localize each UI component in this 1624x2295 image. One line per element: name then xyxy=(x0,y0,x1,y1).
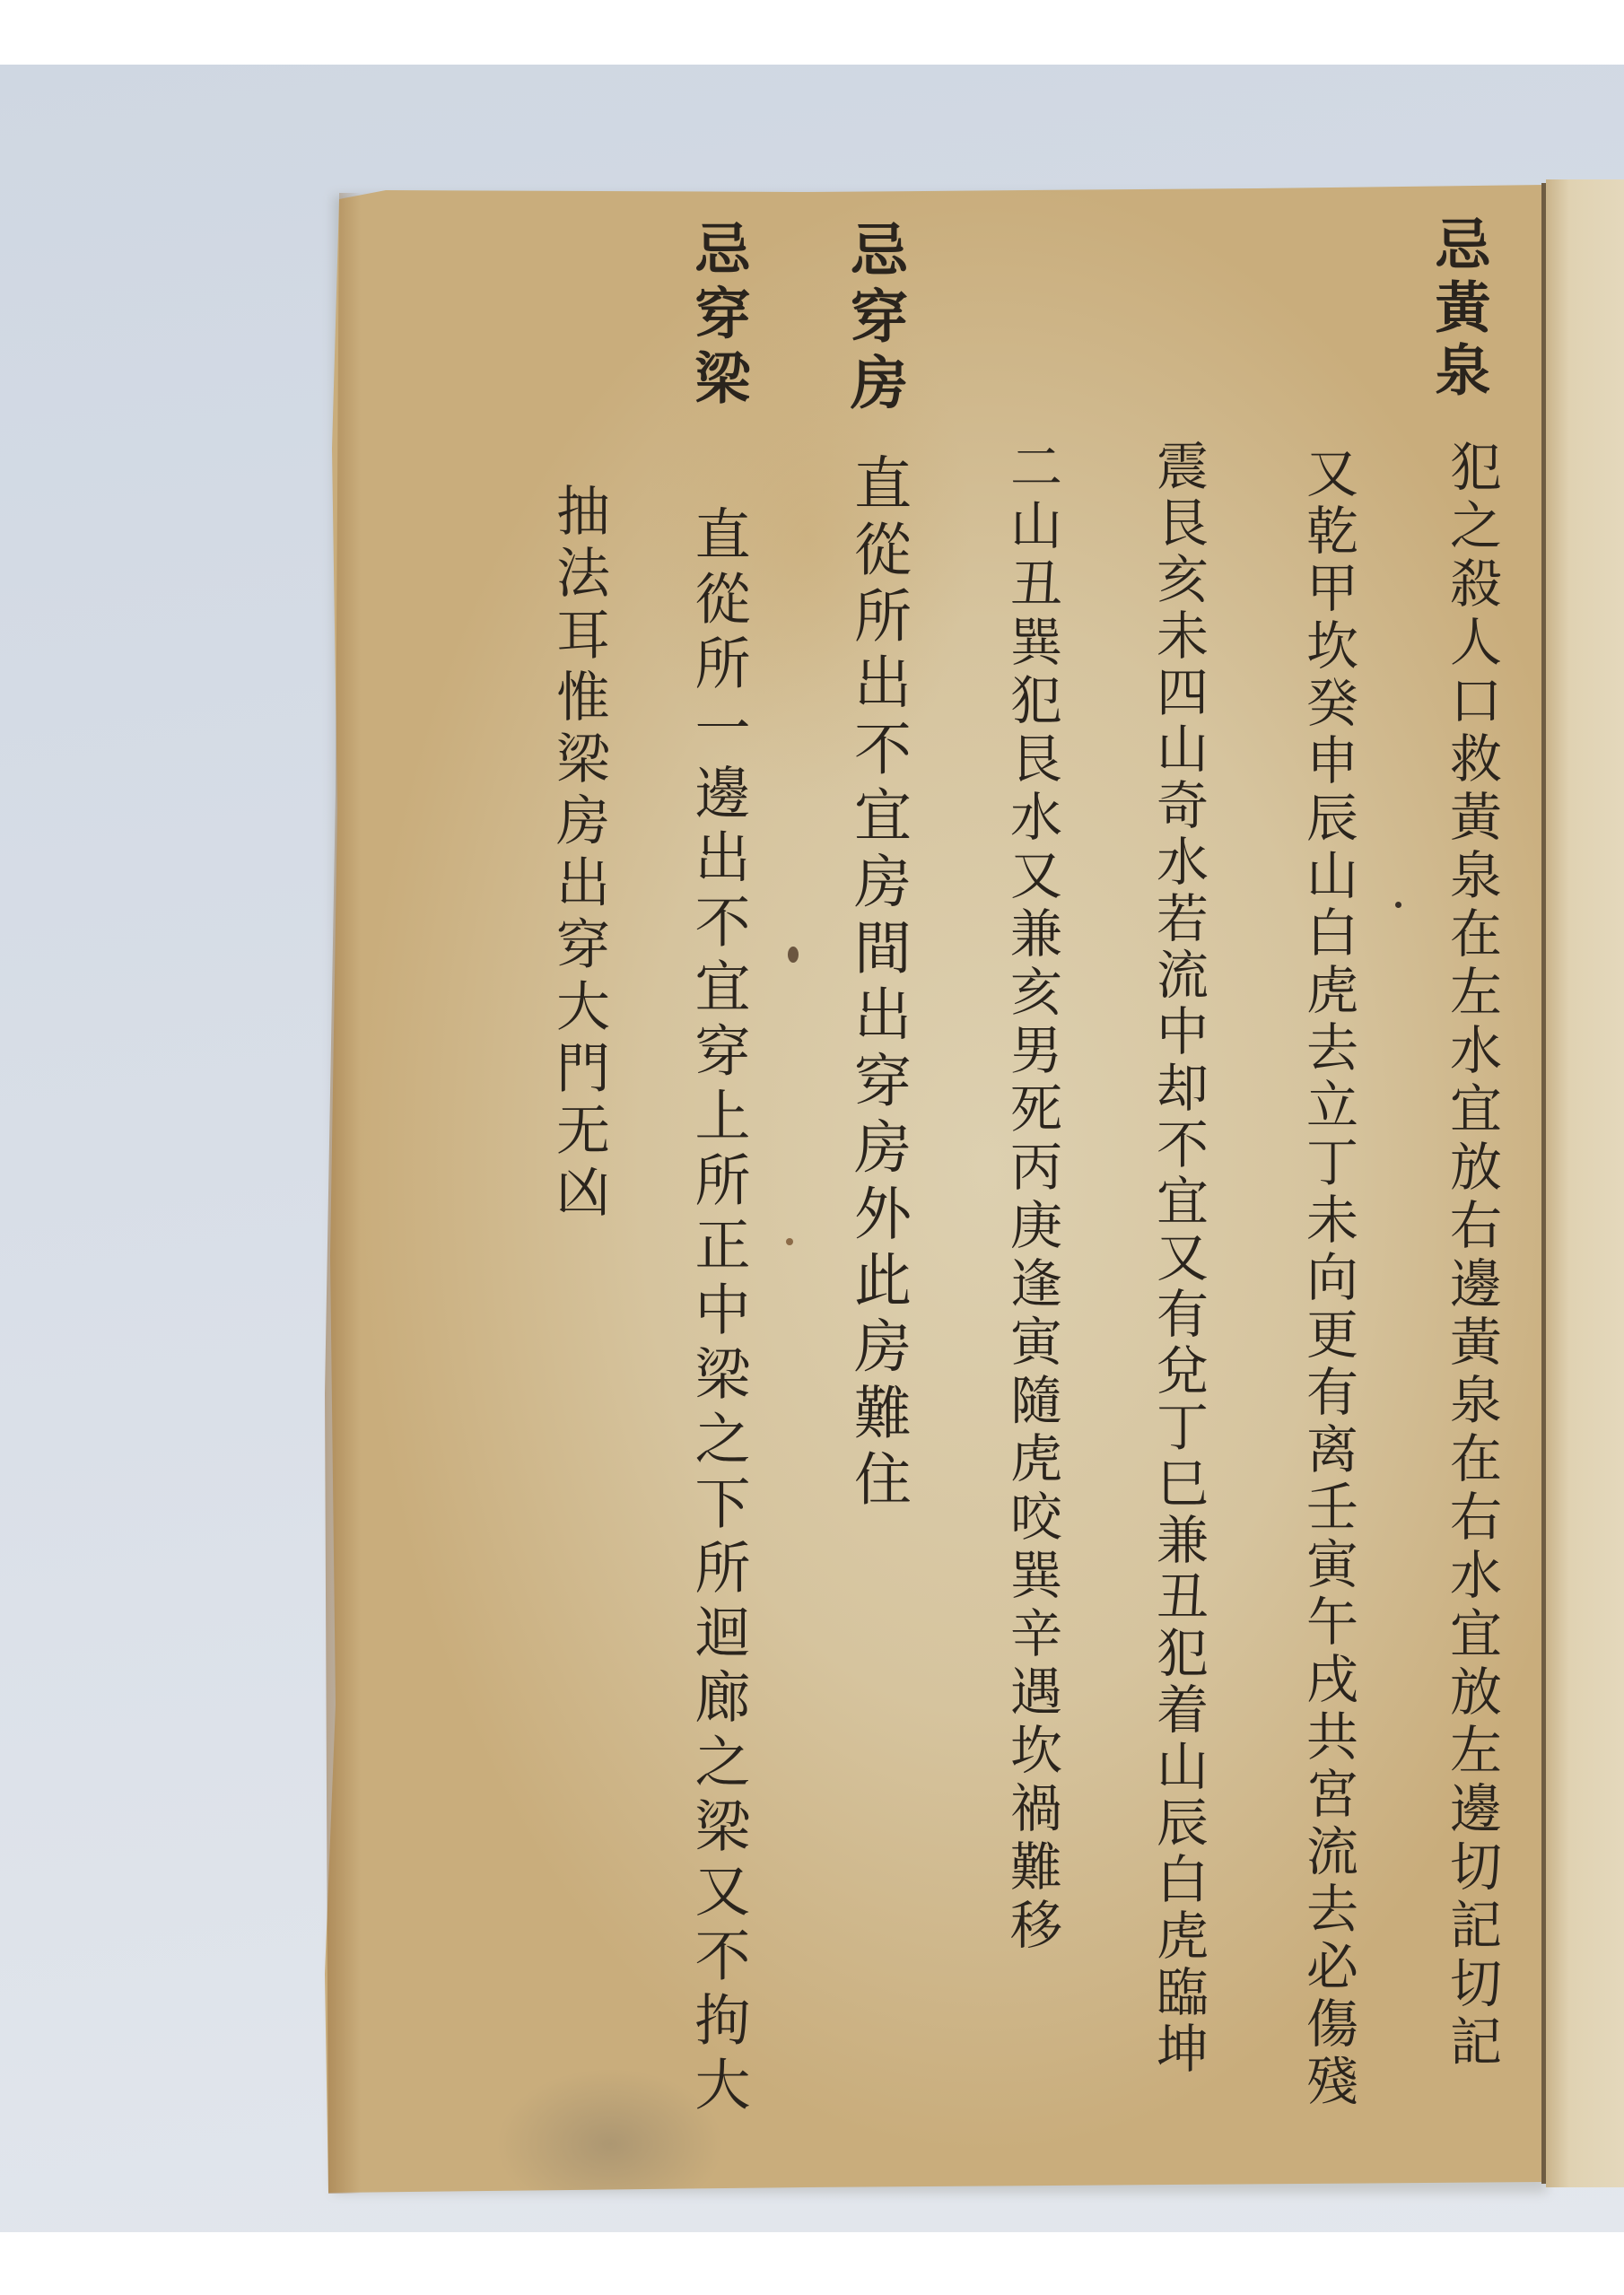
ink-speck xyxy=(1395,902,1401,908)
ink-speck xyxy=(786,1238,793,1245)
text-column-6: 直從所一邊出不宜穿上所正中梁之下所迴廊之梁又不拘大 xyxy=(690,505,746,2120)
section-heading-chuanfang: 忌穿房 xyxy=(845,220,903,419)
section-heading-huangquan: 忌黃泉 xyxy=(1430,215,1486,404)
text-column-5: 直從所出不宜房間出穿房外此房難住 xyxy=(849,453,906,1515)
text-column-4: 二山丑巽犯艮水又兼亥男死丙庚逢寅隨虎咬巽辛遇坎禍難移 xyxy=(1006,440,1058,1956)
text-column-1: 犯之殺人口救黃泉在左水宜放右邊黃泉在右水宜放左邊切記切記 xyxy=(1445,440,1497,2072)
facing-page-edge xyxy=(1546,179,1624,2187)
section-heading-chuanliang: 忌穿梁 xyxy=(690,220,746,414)
ink-speck xyxy=(788,947,799,963)
book-spine-seam xyxy=(1541,183,1546,2184)
text-column-2: 又乾甲坎癸申辰山白虎去立丁未向更有离壬寅午戌共宮流去必傷殘 xyxy=(1302,446,1354,2111)
text-column-7: 抽法耳惟梁房出穿大門无凶 xyxy=(552,483,606,1226)
text-column-3: 震艮亥未四山奇水若流中却不宜又有兌丁巳兼丑犯着山辰白虎臨坤 xyxy=(1152,439,1204,2078)
